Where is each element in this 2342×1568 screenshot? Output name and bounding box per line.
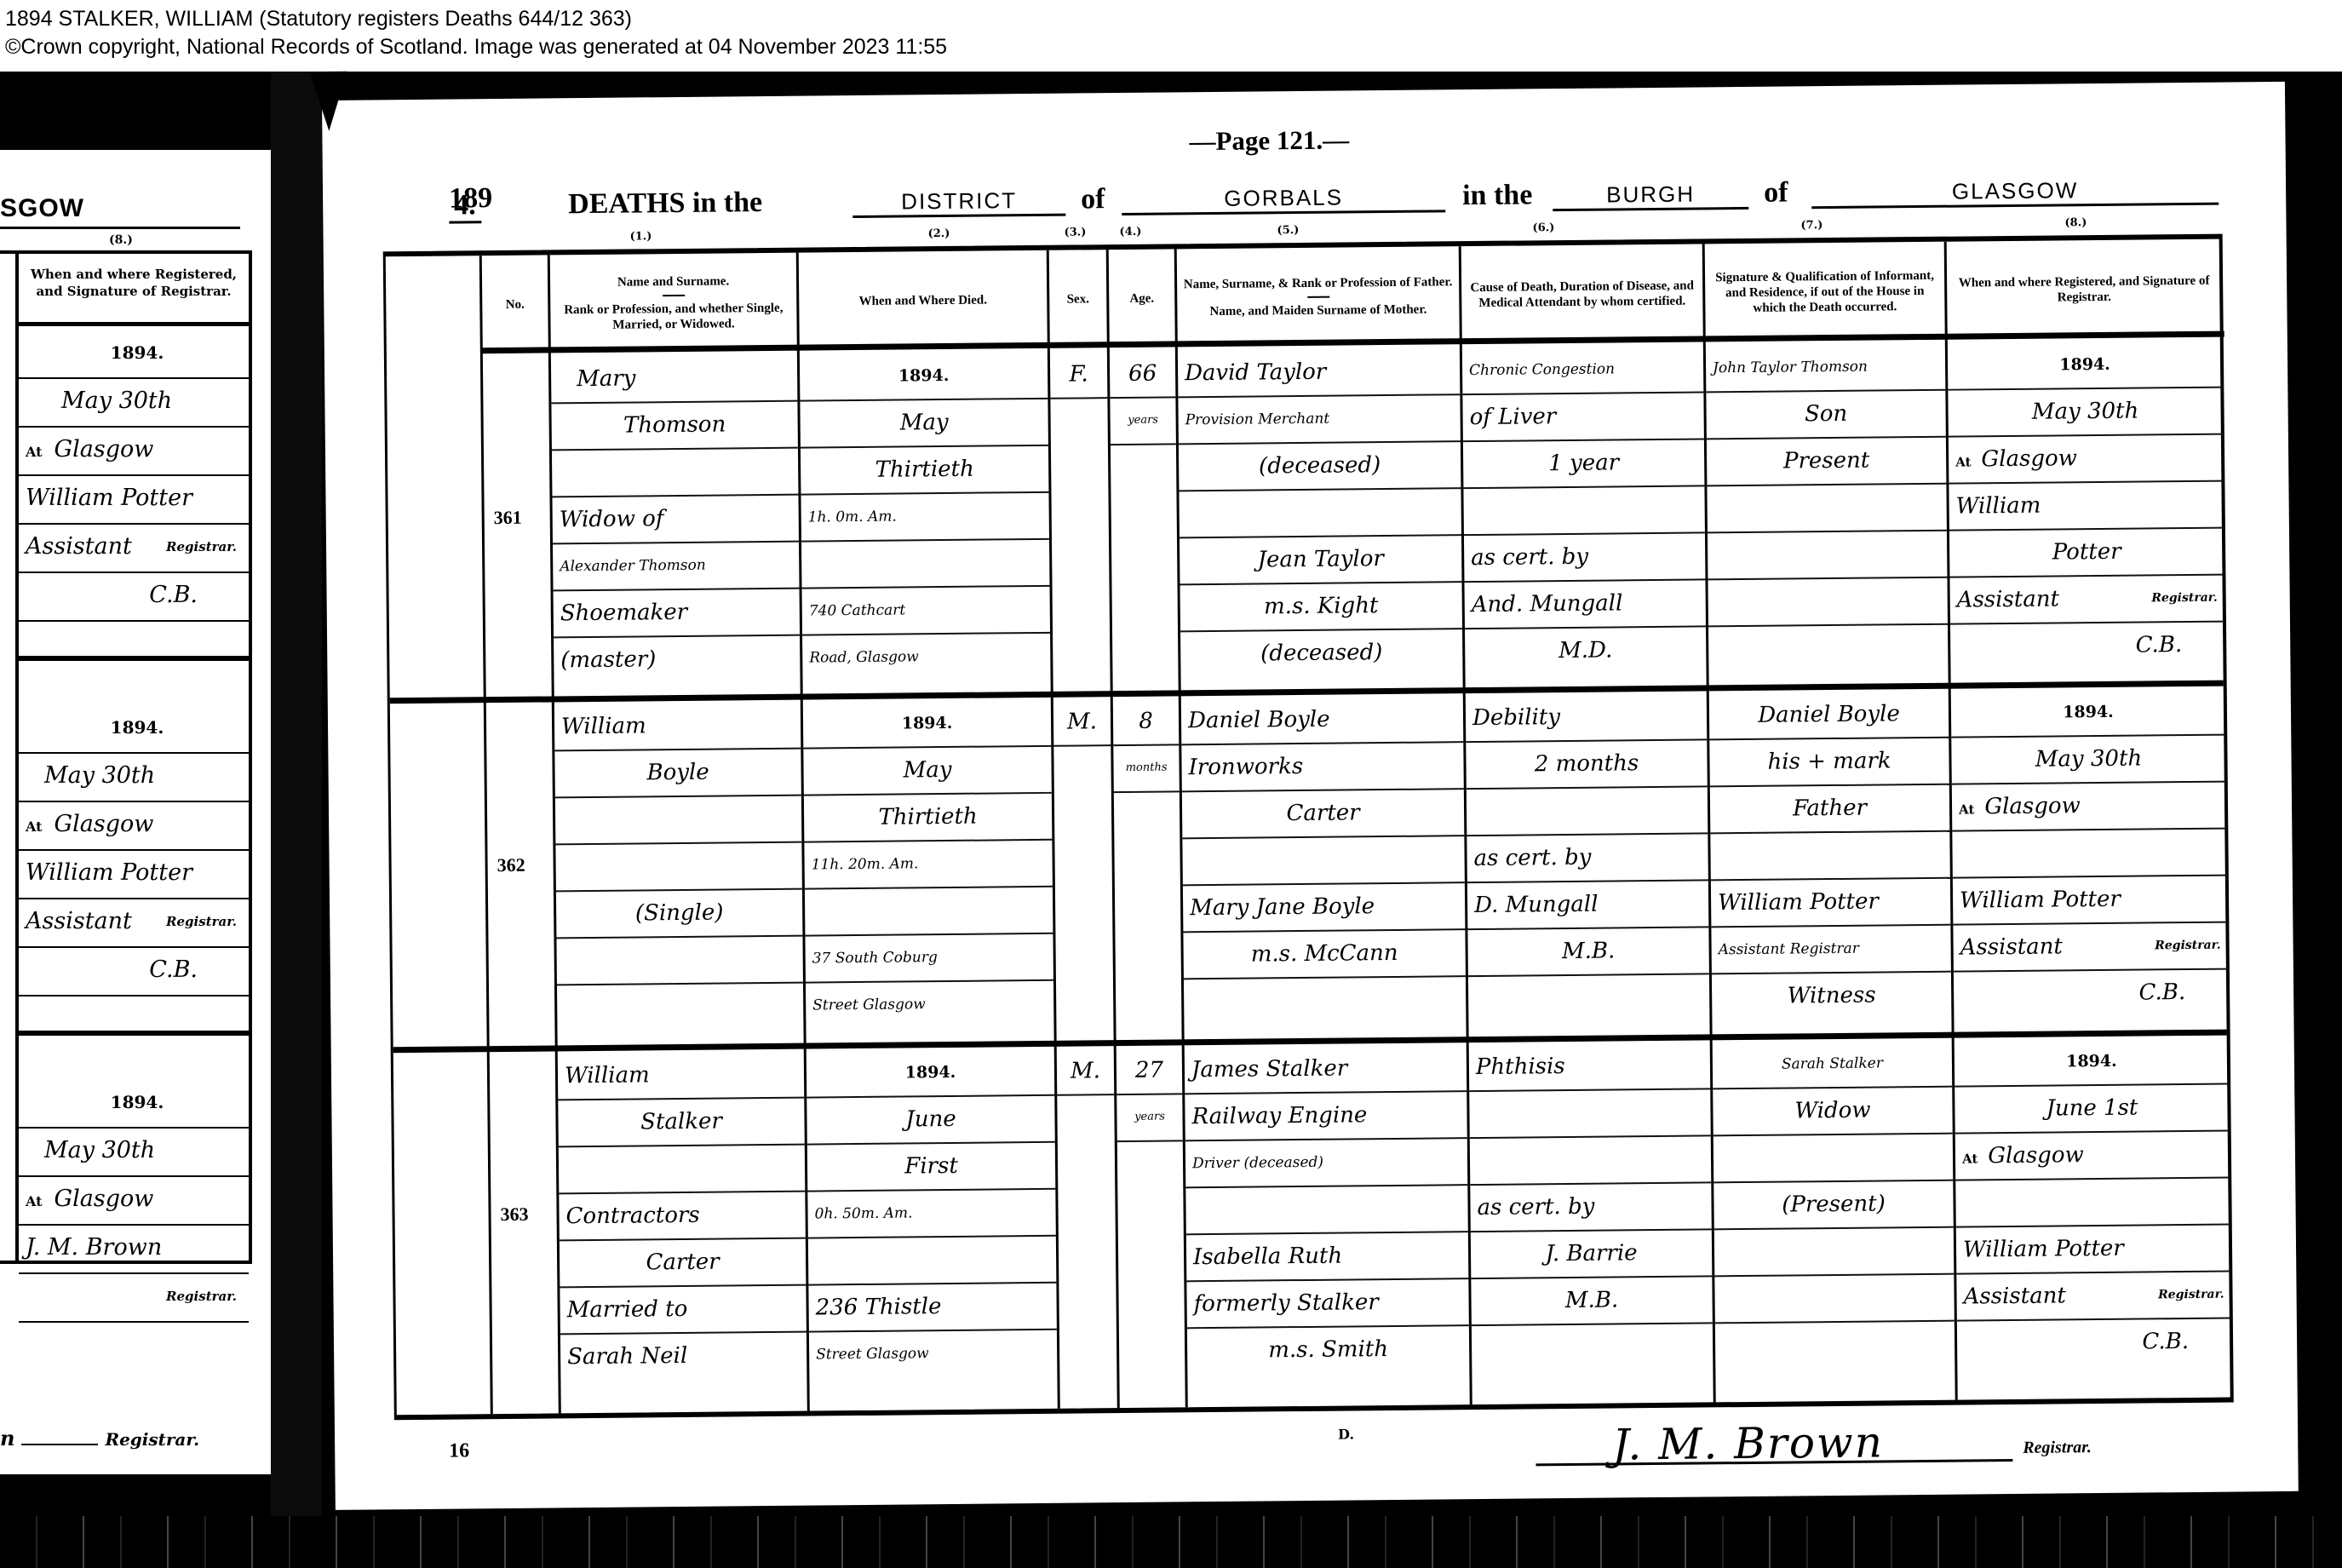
header-rule xyxy=(19,322,249,326)
at-label: At xyxy=(26,818,43,835)
name-cell: William Boyle (Single) xyxy=(554,703,804,1033)
reg-date: May 30th xyxy=(19,379,249,428)
deaths-label: DEATHS in the xyxy=(568,187,762,221)
informant-cell: John Taylor Thomson Son Present xyxy=(1706,344,1949,675)
reg-place: Glasgow xyxy=(55,436,154,462)
scan-edge xyxy=(0,1516,2342,1568)
district-type: DISTRICT xyxy=(852,187,1065,218)
cause-cell: Debility 2 months as cert. by D. Mungall… xyxy=(1466,693,1710,1024)
burgh-name: GLASGOW xyxy=(1811,176,2219,210)
entry-number: 363 xyxy=(500,1203,528,1226)
reg-qualification: Assistant xyxy=(26,533,132,560)
registrar-label: Registrar. xyxy=(2023,1438,2092,1458)
reg-registrar: William Potter xyxy=(19,476,249,525)
district-fragment: SGOW xyxy=(0,194,84,223)
year-label: 1894. xyxy=(449,189,481,221)
sheet-number: 16 xyxy=(449,1439,469,1462)
entry-separator xyxy=(19,656,249,661)
registrar-signature-fragment: n xyxy=(0,1426,14,1450)
header-parents: Name, Surname, & Rank or Profession of F… xyxy=(1177,253,1460,341)
parents-cell: David Taylor Provision Merchant (decease… xyxy=(1178,348,1463,679)
header-when-where: When and Where Died. xyxy=(799,257,1048,345)
header-no: No. xyxy=(482,261,548,347)
footer-mark: D. xyxy=(1338,1426,1354,1442)
left-page-footer: nRegistrar. xyxy=(0,1426,255,1450)
sex-cell: F. xyxy=(1050,352,1108,399)
reg-date: May 30th xyxy=(19,1129,249,1177)
registrar-label: Registrar. xyxy=(105,1429,199,1450)
entry-number: 362 xyxy=(497,854,525,876)
registrar-label: Registrar. xyxy=(166,525,237,569)
sex-cell: M. xyxy=(1053,699,1111,747)
age-cell: 27 years xyxy=(1116,1048,1183,1142)
page-gutter xyxy=(271,72,322,1519)
name-cell: William Stalker Contractors Carter Marri… xyxy=(558,1052,807,1382)
copyright-notice: ©Crown copyright, National Records of Sc… xyxy=(5,33,2342,61)
entry-separator xyxy=(19,1031,249,1036)
reg-place: Glasgow xyxy=(55,1186,154,1212)
in-the-label: in the xyxy=(1462,179,1533,212)
when-where-cell: 1894. May Thirtieth 1h. 0m. Am. 740 Cath… xyxy=(800,353,1051,683)
page-notch xyxy=(310,72,348,131)
page-footer: 16 D. J. M. Brown Registrar. xyxy=(335,1417,2299,1504)
left-entry: 1894. May 30th AtGlasgow J. M. Brown Reg… xyxy=(19,1080,249,1323)
burgh-type: BURGH xyxy=(1553,181,1748,211)
reg-initials: C.B. xyxy=(19,948,249,997)
cause-cell: Chronic Congestion of Liver 1 year as ce… xyxy=(1462,346,1707,676)
registrar-signature: J. M. Brown xyxy=(1612,1417,1884,1469)
age-cell: 8 months xyxy=(1113,698,1180,793)
name-cell: Mary Thomson Widow of Alexander Thomson … xyxy=(551,355,801,686)
district-name: GORBALS xyxy=(1122,183,1445,215)
reg-year: 1894. xyxy=(19,705,249,754)
reg-registrar: William Potter xyxy=(19,851,249,899)
informant-cell: Daniel Boyle his + mark Father William P… xyxy=(1709,692,1952,1022)
reg-date: May 30th xyxy=(19,754,249,802)
header-name: Name and Surname. Rank or Profession, an… xyxy=(550,260,797,347)
when-where-cell: 1894. June First 0h. 50m. Am. 236 Thistl… xyxy=(806,1049,1058,1380)
header-informant: Signature & Qualification of Informant, … xyxy=(1705,249,1945,336)
title-underline xyxy=(0,227,240,229)
register-page: —Page 121.— 1894. DEATHS in the DISTRICT… xyxy=(322,82,2299,1510)
registered-cell: 1894. May 30th AtGlasgow William Potter … xyxy=(1948,342,2225,672)
at-label: At xyxy=(26,444,43,460)
column-number: (8.) xyxy=(109,233,133,247)
reg-year: 1894. xyxy=(19,1080,249,1129)
death-register-table: No. Name and Surname. Rank or Profession… xyxy=(383,234,2234,1421)
entry-number: 361 xyxy=(494,507,522,529)
reg-place: Glasgow xyxy=(55,811,154,837)
cause-cell: Phthisis as cert. by J. Barrie M.B. xyxy=(1469,1042,1713,1373)
reg-year: 1894. xyxy=(19,330,249,379)
left-entry: 1894. May 30th AtGlasgow William Potter … xyxy=(19,330,249,661)
header-sex: Sex. xyxy=(1049,256,1107,342)
registered-cell: 1894. May 30th AtGlasgow William Potter … xyxy=(1951,689,2229,1019)
registrar-label: Registrar. xyxy=(166,1274,237,1318)
header-registered: When and where Registered, and Signature… xyxy=(1947,246,2222,334)
reg-qualification: Assistant xyxy=(26,908,132,934)
informant-cell: Sarah Stalker Widow (Present) xyxy=(1713,1041,1955,1371)
reg-initials: C.B. xyxy=(19,573,249,622)
age-cell: 66 years xyxy=(1110,351,1176,445)
at-label: At xyxy=(26,1193,43,1209)
when-where-cell: 1894. May Thirtieth 11h. 20m. Am. 37 Sou… xyxy=(803,700,1054,1031)
of-label: of xyxy=(1081,183,1105,215)
left-page-fragment: SGOW (8.) When and where Registered, and… xyxy=(0,150,271,1474)
parents-cell: James Stalker Railway Engine Driver (dec… xyxy=(1185,1045,1470,1376)
column-header: When and where Registered, and Signature… xyxy=(22,266,245,300)
left-entry: 1894. May 30th AtGlasgow William Potter … xyxy=(19,705,249,1036)
registered-cell: 1894. June 1st AtGlasgow William Potter … xyxy=(1955,1038,2232,1369)
record-title: 1894 STALKER, WILLIAM (Statutory registe… xyxy=(5,5,2342,33)
reg-registrar: J. M. Brown xyxy=(19,1226,249,1274)
image-caption: 1894 STALKER, WILLIAM (Statutory registe… xyxy=(0,0,2342,72)
page-number: —Page 121.— xyxy=(1189,124,1349,157)
of-label: of xyxy=(1764,176,1788,209)
header-age: Age. xyxy=(1109,256,1175,342)
header-cause: Cause of Death, Duration of Disease, and… xyxy=(1461,250,1703,338)
left-register-column: When and where Registered, and Signature… xyxy=(0,250,252,1264)
registrar-label: Registrar. xyxy=(166,899,237,944)
parents-cell: Daniel Boyle Ironworks Carter Mary Jane … xyxy=(1181,696,1467,1026)
sex-cell: M. xyxy=(1057,1048,1115,1096)
